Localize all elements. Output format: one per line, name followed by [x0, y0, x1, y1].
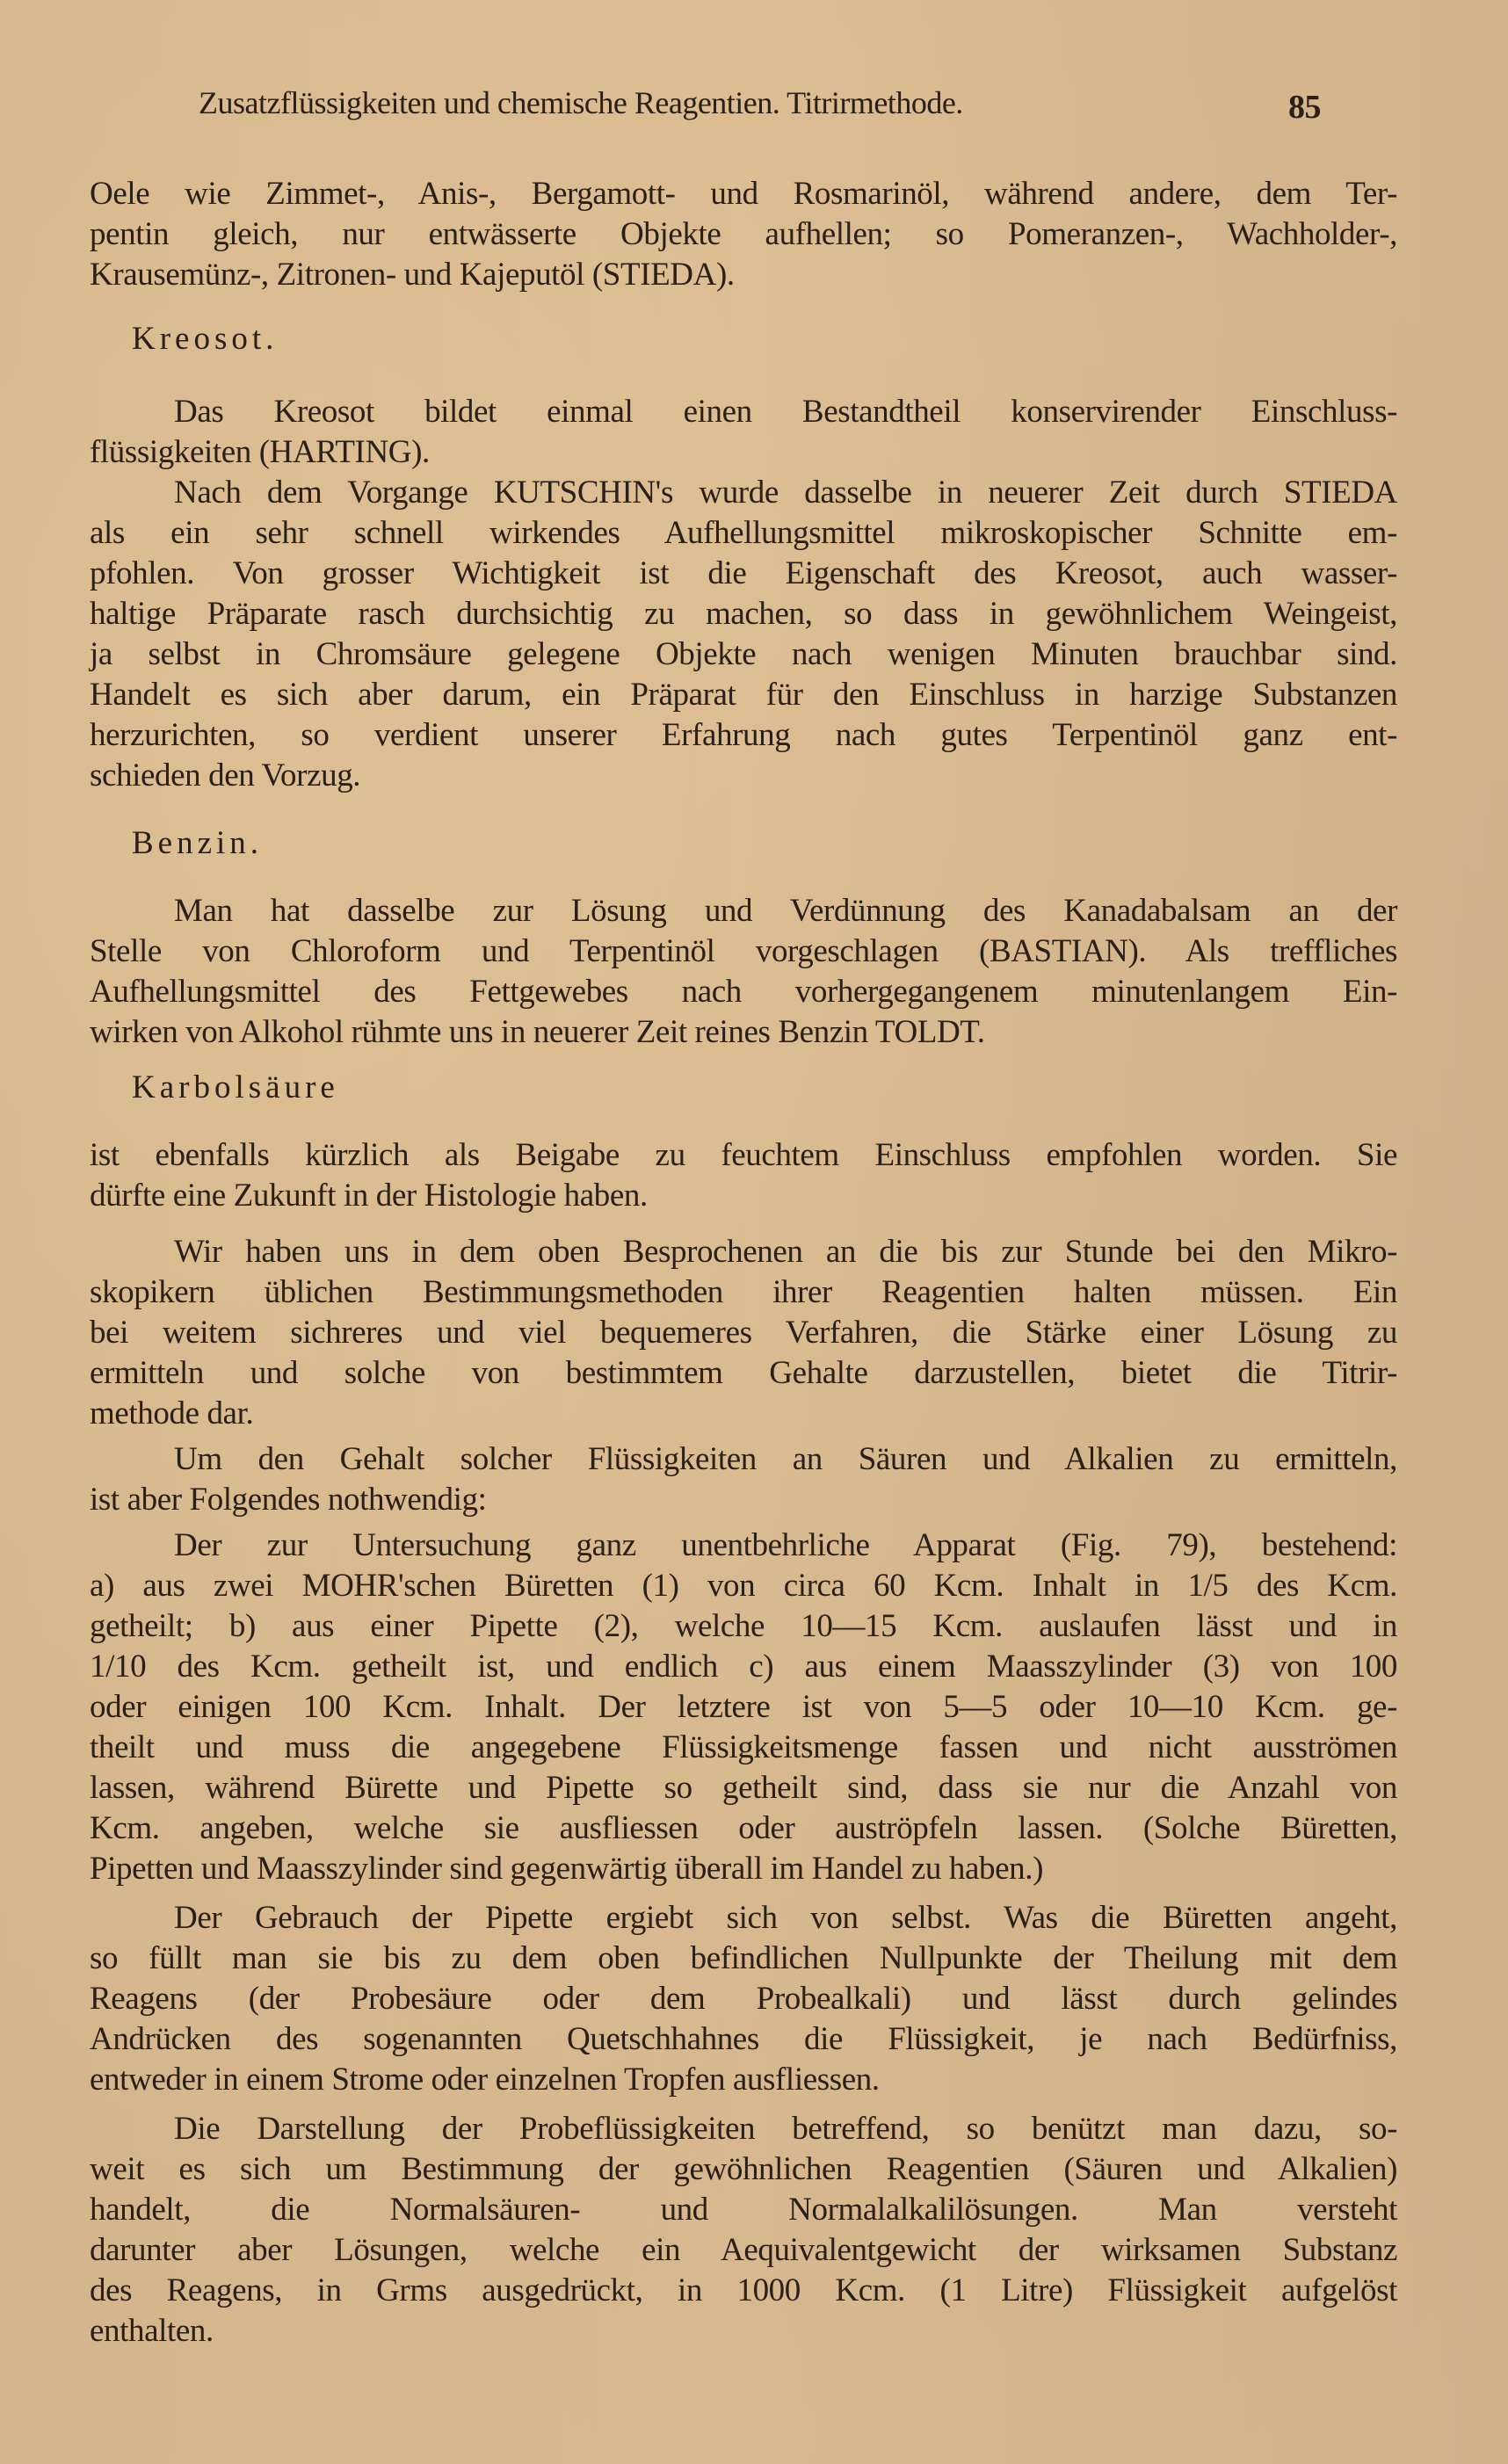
text-line: skopikern üblichen Bestimmungsmethoden i…: [90, 1272, 1397, 1313]
text-line: herzurichten, so verdient unserer Erfahr…: [90, 715, 1397, 756]
text-line: Kcm. angeben, welche sie ausfliessen ode…: [90, 1808, 1397, 1849]
text-line: ist aber Folgendes nothwendig:: [90, 1480, 1397, 1520]
text-line: methode dar.: [90, 1394, 1397, 1434]
text-line: Krausemünz-, Zitronen- und Kajeputöl (ST…: [90, 255, 1397, 295]
text-line: Handelt es sich aber darum, ein Präparat…: [90, 675, 1397, 715]
text-line: schieden den Vorzug.: [90, 756, 1397, 796]
text-line: ist ebenfalls kürzlich als Beigabe zu fe…: [90, 1135, 1397, 1176]
section-heading-kreosot: Kreosot.: [132, 320, 278, 358]
text-line: oder einigen 100 Kcm. Inhalt. Der letzte…: [90, 1687, 1397, 1728]
text-line: 1/10 des Kcm. getheilt ist, und endlich …: [90, 1647, 1397, 1687]
running-header: Zusatzflüssigkeiten und chemische Reagen…: [199, 84, 1394, 128]
text-line: lassen, während Bürette und Pipette so g…: [90, 1768, 1397, 1808]
text-line: Der Gebrauch der Pipette ergiebt sich vo…: [90, 1898, 1397, 1939]
text-line: Das Kreosot bildet einmal einen Bestandt…: [90, 392, 1397, 432]
text-line: entweder in einem Strome oder einzelnen …: [90, 2060, 1397, 2100]
text-line: Man hat dasselbe zur Lösung und Verdünnu…: [90, 891, 1397, 931]
text-line: Reagens (der Probesäure oder dem Probeal…: [90, 1979, 1397, 2019]
text-line: Andrücken des sogenannten Quetschhahnes …: [90, 2019, 1397, 2060]
text-line: Nach dem Vorgange KUTSCHIN's wurde dasse…: [90, 473, 1397, 513]
text-line: darunter aber Lösungen, welche ein Aequi…: [90, 2230, 1397, 2271]
text-line: Der zur Untersuchung ganz unentbehrliche…: [90, 1526, 1397, 1566]
section-heading-benzin: Benzin.: [132, 824, 263, 862]
text-line: pentin gleich, nur entwässerte Objekte a…: [90, 214, 1397, 255]
text-line: pfohlen. Von grosser Wichtigkeit ist die…: [90, 554, 1397, 594]
text-line: Stelle von Chloroform und Terpentinöl vo…: [90, 931, 1397, 972]
text-line: wirken von Alkohol rühmte uns in neuerer…: [90, 1012, 1397, 1053]
text-line: flüssigkeiten (HARTING).: [90, 432, 1397, 473]
text-line: dürfte eine Zukunft in der Histologie ha…: [90, 1176, 1397, 1216]
text-line: ja selbst in Chromsäure gelegene Objekte…: [90, 634, 1397, 675]
section-heading-karbolsaeure: Karbolsäure: [132, 1069, 339, 1106]
text-line: Die Darstellung der Probeflüssigkeiten b…: [90, 2109, 1397, 2149]
text-line: so füllt man sie bis zu dem oben befindl…: [90, 1939, 1397, 1979]
text-line: Wir haben uns in dem oben Besprochenen a…: [90, 1232, 1397, 1272]
text-line: haltige Präparate rasch durchsichtig zu …: [90, 594, 1397, 634]
text-line: handelt, die Normalsäuren- und Normalalk…: [90, 2190, 1397, 2230]
page-number: 85: [1288, 88, 1321, 127]
text-line: Um den Gehalt solcher Flüssigkeiten an S…: [90, 1439, 1397, 1480]
text-line: a) aus zwei MOHR'schen Büretten (1) von …: [90, 1566, 1397, 1606]
text-line: Oele wie Zimmet-, Anis-, Bergamott- und …: [90, 174, 1397, 214]
text-line: Pipetten und Maasszylinder sind gegenwär…: [90, 1849, 1397, 1889]
text-line: des Reagens, in Grms ausgedrückt, in 100…: [90, 2271, 1397, 2311]
text-line: theilt und muss die angegebene Flüssigke…: [90, 1728, 1397, 1768]
text-line: ermitteln und solche von bestimmtem Geha…: [90, 1353, 1397, 1394]
text-line: bei weitem sichreres und viel bequemeres…: [90, 1313, 1397, 1353]
text-line: enthalten.: [90, 2311, 1397, 2352]
text-line: weit es sich um Bestimmung der gewöhnlic…: [90, 2149, 1397, 2190]
text-line: als ein sehr schnell wirkendes Aufhellun…: [90, 513, 1397, 554]
text-line: getheilt; b) aus einer Pipette (2), welc…: [90, 1606, 1397, 1647]
running-title: Zusatzflüssigkeiten und chemische Reagen…: [199, 84, 963, 121]
text-line: Aufhellungsmittel des Fettgewebes nach v…: [90, 972, 1397, 1012]
